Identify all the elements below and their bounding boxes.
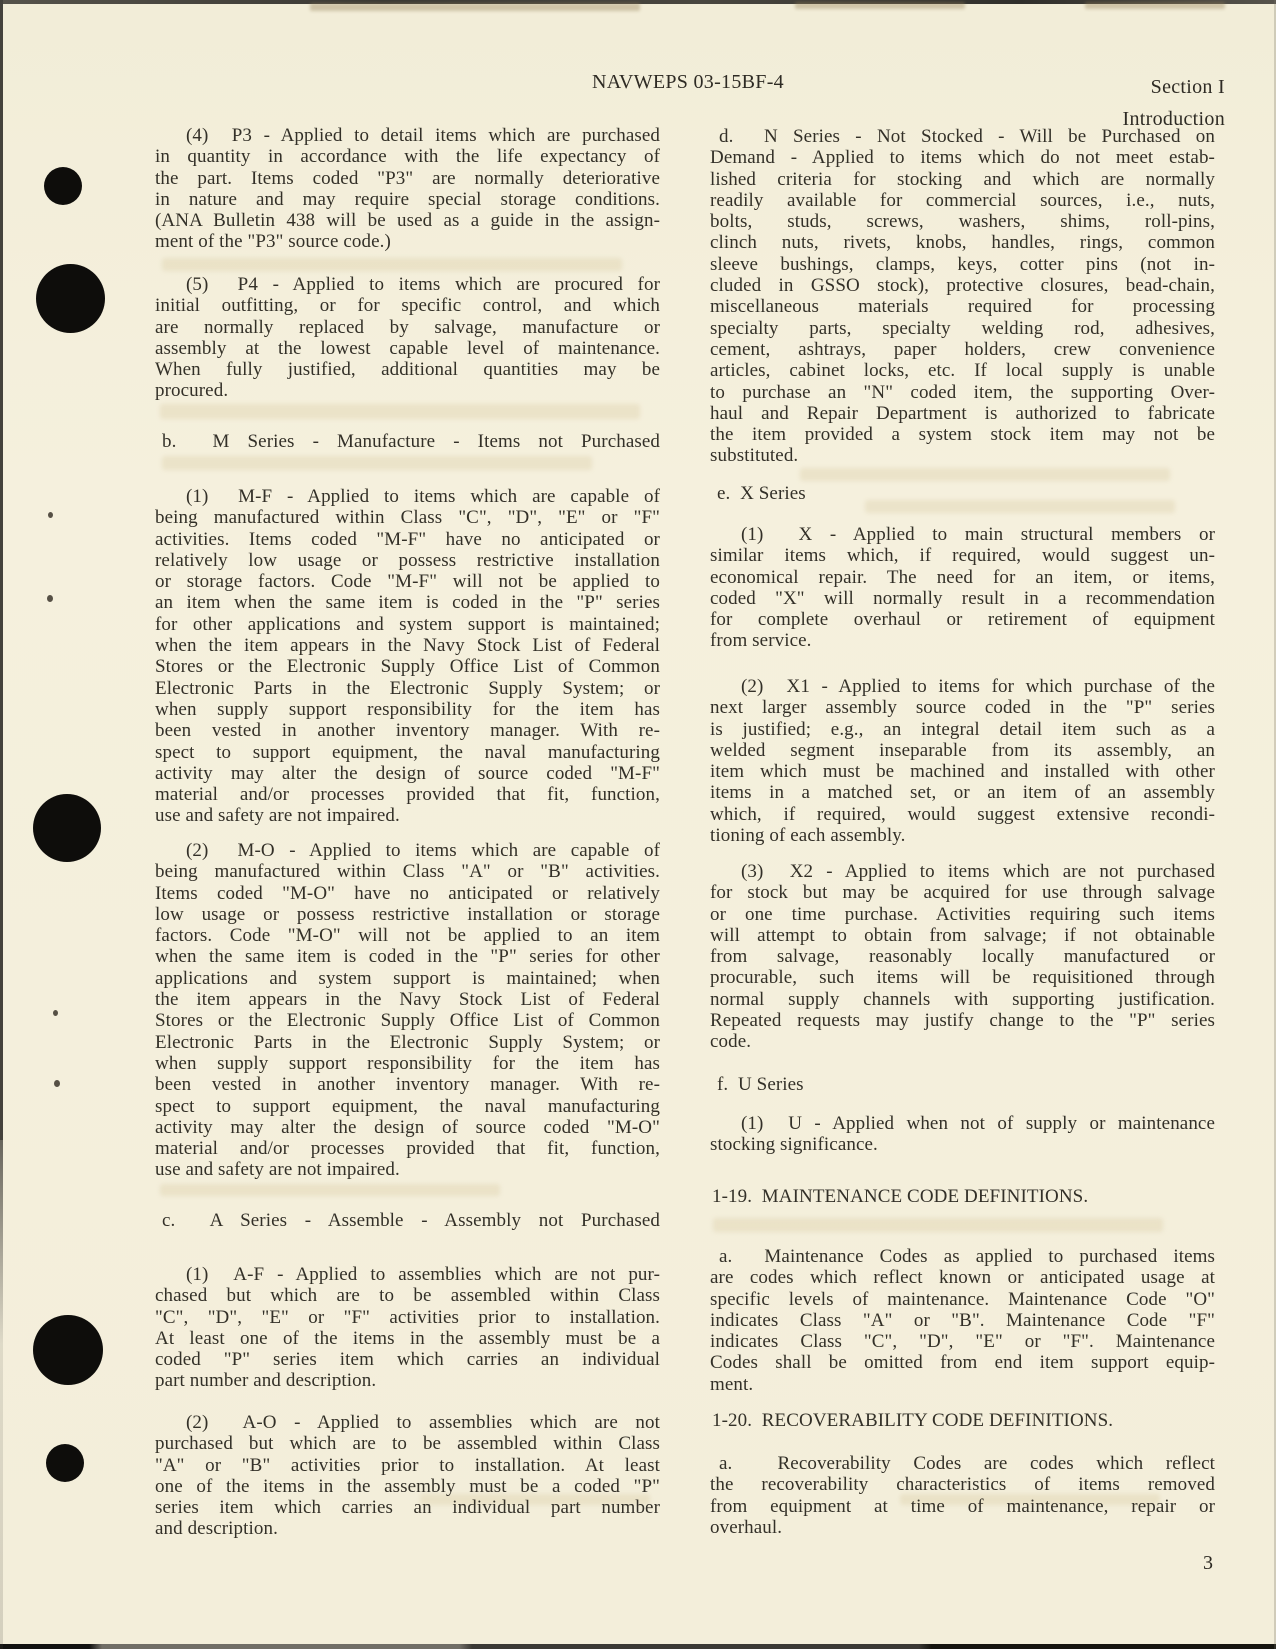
paragraph-p4: (5) P4 - Applied to items which are proc… <box>155 274 660 402</box>
heading-x-series: e. X Series <box>710 483 1215 504</box>
binder-punch-mark <box>44 167 82 205</box>
scan-edge-left <box>0 0 3 1140</box>
paragraph-x2: (3) X2 - Applied to items which are not … <box>710 861 1215 1053</box>
paragraph-a-o: (2) A-O - Applied to assemblies which ar… <box>155 1412 660 1540</box>
ink-speck <box>53 1010 58 1016</box>
scan-smudge <box>1085 2 1225 9</box>
bleed-through-smudge <box>160 404 640 419</box>
bleed-through-smudge <box>713 1218 1163 1232</box>
scan-smudge <box>310 3 640 11</box>
heading-1-19-maintenance-code-definitions: 1-19. MAINTENANCE CODE DEFINITIONS. <box>710 1186 1215 1207</box>
ink-speck <box>47 595 53 602</box>
paragraph-x1: (2) X1 - Applied to items for which purc… <box>710 676 1215 846</box>
ink-speck <box>54 1080 60 1087</box>
binder-punch-mark <box>36 264 105 333</box>
paragraph-n-series: d. N Series - Not Stocked - Will be Purc… <box>710 126 1215 467</box>
heading-m-series: b. M Series - Manufacture - Items not Pu… <box>155 431 660 452</box>
heading-1-20-recoverability-code-definitions: 1-20. RECOVERABILITY CODE DEFINITIONS. <box>710 1410 1215 1431</box>
paragraph-m-o: (2) M-O - Applied to items which are cap… <box>155 840 660 1181</box>
paragraph-x: (1) X - Applied to main structural membe… <box>710 524 1215 652</box>
paragraph-m-f: (1) M-F - Applied to items which are cap… <box>155 486 660 827</box>
section-title: Section I <box>990 71 1225 103</box>
paragraph-u: (1) U - Applied when not of supply or ma… <box>710 1113 1215 1156</box>
paragraph-p3: (4) P3 - Applied to detail items which a… <box>155 125 660 253</box>
binder-punch-mark <box>46 1444 84 1482</box>
document-number: NAVWEPS 03-15BF-4 <box>592 71 784 94</box>
heading-u-series: f. U Series <box>710 1074 1215 1095</box>
paragraph-maintenance-codes: a. Maintenance Codes as applied to purch… <box>710 1246 1215 1395</box>
scan-smudge <box>795 2 965 9</box>
paragraph-recoverability-codes: a. Recoverability Codes are codes which … <box>710 1453 1215 1538</box>
scanned-manual-page: NAVWEPS 03-15BF-4 Section I Introduction… <box>0 0 1276 1649</box>
bleed-through-smudge <box>162 456 592 470</box>
binder-punch-mark <box>33 794 101 862</box>
bleed-through-smudge <box>162 258 622 271</box>
scan-edge-bottom <box>0 1644 1276 1649</box>
bleed-through-smudge <box>160 1184 500 1196</box>
bleed-through-smudge <box>800 468 1170 481</box>
ink-speck <box>48 512 53 518</box>
heading-a-series: c. A Series - Assemble - Assembly not Pu… <box>155 1210 660 1231</box>
binder-punch-mark <box>33 1315 103 1385</box>
scan-edge-left-fade <box>0 1140 3 1649</box>
paragraph-a-f: (1) A-F - Applied to assemblies which ar… <box>155 1264 660 1392</box>
page-number: 3 <box>1203 1552 1213 1575</box>
